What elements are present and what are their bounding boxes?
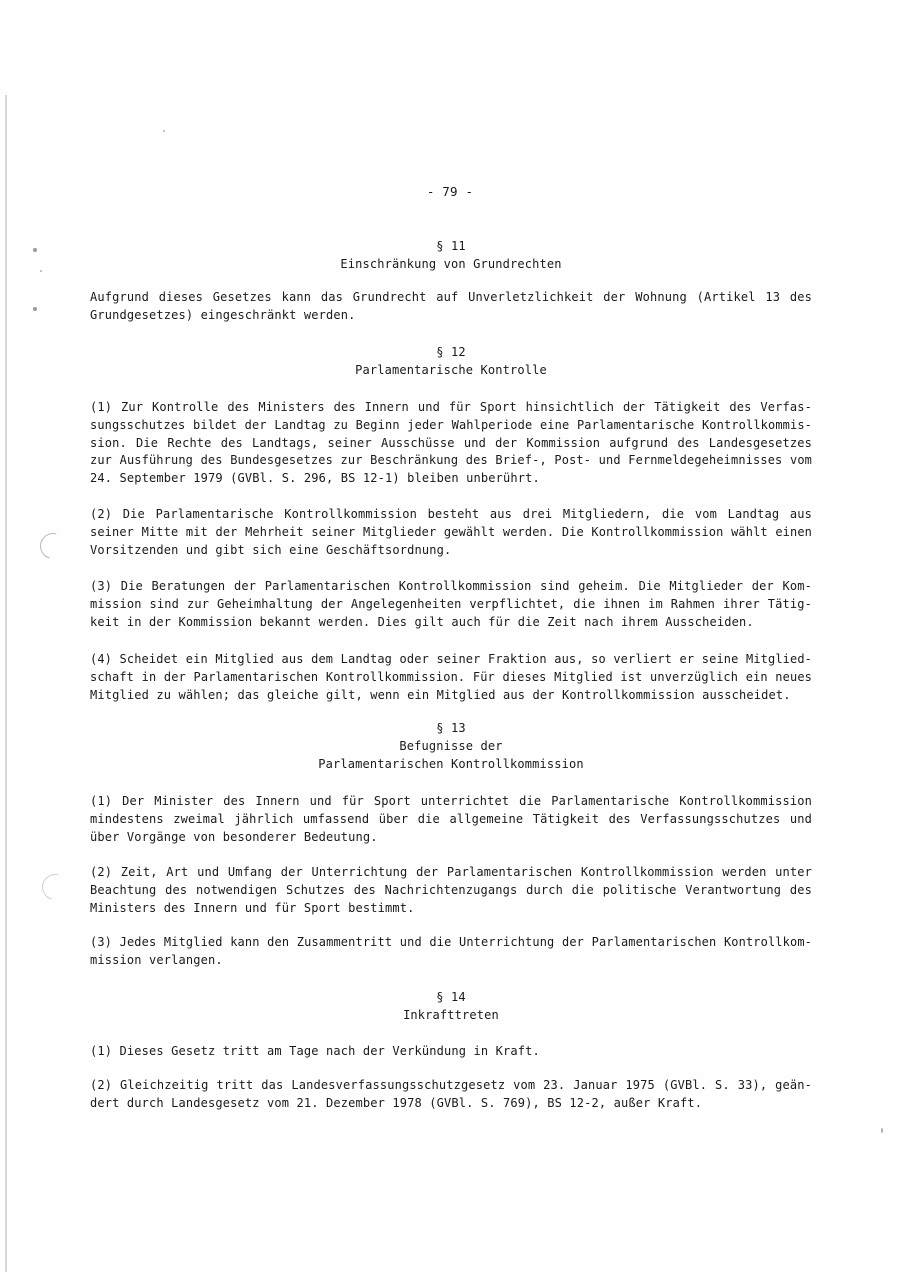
- paragraph-line: Ministers des Innern und für Sport besti…: [90, 900, 812, 918]
- paragraph-line: seiner Mitte mit der Mehrheit seiner Mit…: [90, 524, 812, 542]
- paragraph-line: (1) Dieses Gesetz tritt am Tage nach der…: [90, 1043, 812, 1061]
- scan-speck-icon: [163, 130, 165, 132]
- section-11-paragraph: Aufgrund dieses Gesetzes kann das Grundr…: [90, 289, 812, 325]
- paragraph-line: sion. Die Rechte des Landtags, seiner Au…: [90, 435, 812, 453]
- section-12-paragraph-3: (3) Die Beratungen der Parlamentarischen…: [90, 578, 812, 631]
- paragraph-line: mission verlangen.: [90, 952, 812, 970]
- section-title: Befugnisse der: [90, 737, 812, 755]
- paragraph-line: (1) Der Minister des Innern und für Spor…: [90, 793, 812, 811]
- section-12-paragraph-2: (2) Die Parlamentarische Kontrollkommiss…: [90, 506, 812, 559]
- paragraph-line: Mitglied zu wählen; das gleiche gilt, we…: [90, 687, 812, 705]
- paragraph-line: Grundgesetzes) eingeschränkt werden.: [90, 307, 812, 325]
- section-number: § 11: [90, 237, 812, 255]
- paragraph-line: zur Ausführung des Bundesgesetzes zur Be…: [90, 452, 812, 470]
- paragraph-line: (3) Jedes Mitglied kann den Zusammentrit…: [90, 934, 812, 952]
- section-13-heading: § 13 Befugnisse der Parlamentarischen Ko…: [90, 719, 812, 773]
- section-12-paragraph-1: (1) Zur Kontrolle des Ministers des Inne…: [90, 399, 812, 488]
- scan-speck-icon: [40, 270, 42, 272]
- punch-hole-icon: [37, 869, 73, 905]
- punch-hole-icon: [35, 528, 71, 564]
- section-12-heading: § 12 Parlamentarische Kontrolle: [90, 343, 812, 379]
- section-13-paragraph-2: (2) Zeit, Art und Umfang der Unterrichtu…: [90, 864, 812, 917]
- paragraph-line: (4) Scheidet ein Mitglied aus dem Landta…: [90, 651, 812, 669]
- paragraph-line: (3) Die Beratungen der Parlamentarischen…: [90, 578, 812, 596]
- scan-speck-icon: [881, 1128, 883, 1133]
- paragraph-line: sungsschutzes bildet der Landtag zu Begi…: [90, 417, 812, 435]
- paragraph-line: mission sind zur Geheimhaltung der Angel…: [90, 596, 812, 614]
- section-title: Einschränkung von Grundrechten: [90, 255, 812, 273]
- paragraph-line: dert durch Landesgesetz vom 21. Dezember…: [90, 1095, 812, 1113]
- page-number: - 79 -: [0, 184, 900, 199]
- paragraph-line: Beachtung des notwendigen Schutzes des N…: [90, 882, 812, 900]
- section-title: Inkrafttreten: [90, 1006, 812, 1024]
- paragraph-line: über Vorgänge von besonderer Bedeutung.: [90, 829, 812, 847]
- section-12-paragraph-4: (4) Scheidet ein Mitglied aus dem Landta…: [90, 651, 812, 704]
- paragraph-line: 24. September 1979 (GVBl. S. 296, BS 12-…: [90, 470, 812, 488]
- section-11-heading: § 11 Einschränkung von Grundrechten: [90, 237, 812, 273]
- paragraph-line: (2) Zeit, Art und Umfang der Unterrichtu…: [90, 864, 812, 882]
- section-number: § 13: [90, 719, 812, 737]
- section-14-paragraph-2: (2) Gleichzeitig tritt das Landesverfass…: [90, 1077, 812, 1113]
- document-page: - 79 - § 11 Einschränkung von Grundrecht…: [0, 0, 900, 1272]
- paragraph-line: schaft in der Parlamentarischen Kontroll…: [90, 669, 812, 687]
- section-13-paragraph-1: (1) Der Minister des Innern und für Spor…: [90, 793, 812, 846]
- section-13-paragraph-3: (3) Jedes Mitglied kann den Zusammentrit…: [90, 934, 812, 970]
- paragraph-line: mindestens zweimal jährlich umfassend üb…: [90, 811, 812, 829]
- section-number: § 14: [90, 988, 812, 1006]
- paragraph-line: keit in der Kommission bekannt werden. D…: [90, 614, 812, 632]
- section-14-heading: § 14 Inkrafttreten: [90, 988, 812, 1024]
- scan-edge-line: [5, 95, 7, 1272]
- section-number: § 12: [90, 343, 812, 361]
- section-14-paragraph-1: (1) Dieses Gesetz tritt am Tage nach der…: [90, 1043, 812, 1061]
- paragraph-line: (1) Zur Kontrolle des Ministers des Inne…: [90, 399, 812, 417]
- paragraph-line: (2) Gleichzeitig tritt das Landesverfass…: [90, 1077, 812, 1095]
- paragraph-line: Aufgrund dieses Gesetzes kann das Grundr…: [90, 289, 812, 307]
- scan-dot-icon: [33, 307, 37, 311]
- paragraph-line: Vorsitzenden und gibt sich eine Geschäft…: [90, 542, 812, 560]
- paragraph-line: (2) Die Parlamentarische Kontrollkommiss…: [90, 506, 812, 524]
- section-title: Parlamentarische Kontrolle: [90, 361, 812, 379]
- section-title: Parlamentarischen Kontrollkommission: [90, 755, 812, 773]
- scan-dot-icon: [33, 248, 37, 252]
